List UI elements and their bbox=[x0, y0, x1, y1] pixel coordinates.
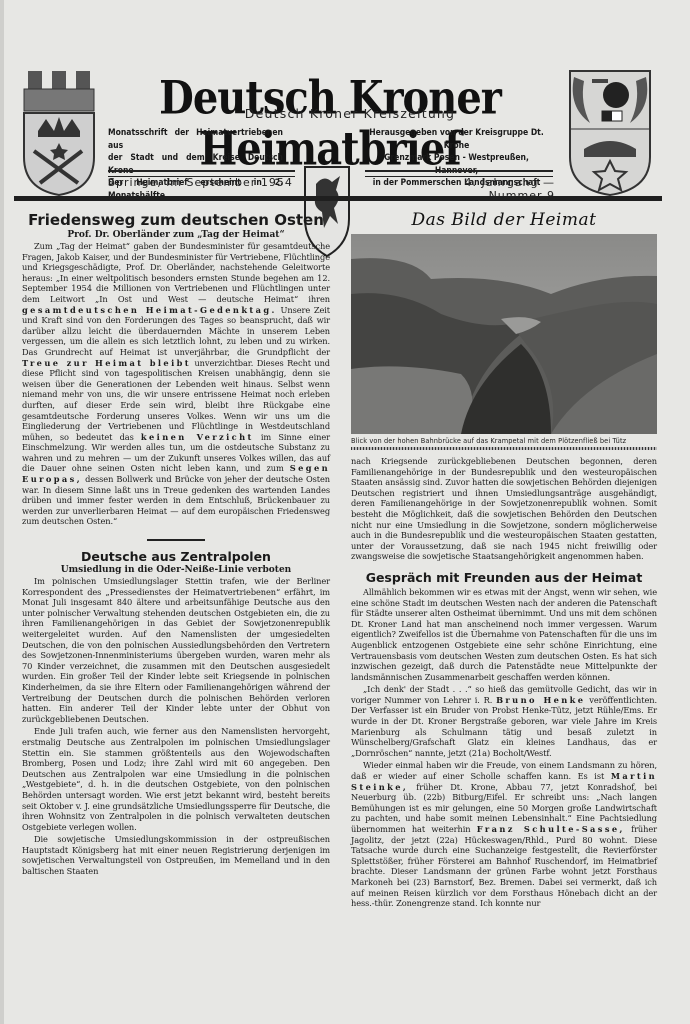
article-paragraph: Im polnischen Umsiedlungslager Stettin t… bbox=[22, 576, 330, 724]
article-friedensweg: Friedensweg zum deutschen Osten Prof. Dr… bbox=[22, 211, 330, 527]
emphasis: gesamtdeutschen Heimat-Gedenktag. bbox=[22, 305, 277, 315]
text: früher Jagolitz, der jetzt (22a) Hückesw… bbox=[351, 824, 657, 908]
headline: Gespräch mit Freunden aus der Heimat bbox=[351, 570, 657, 585]
headline: Deutsche aus Zentralpolen bbox=[22, 549, 330, 564]
page-edge bbox=[0, 0, 4, 1024]
article-paragraph: Zum „Tag der Heimat“ gaben der Bundesmin… bbox=[22, 241, 330, 527]
text: Zum „Tag der Heimat“ gaben der Bundesmin… bbox=[22, 241, 330, 304]
subheadline: Prof. Dr. Oberländer zum „Tag der Heimat… bbox=[22, 230, 330, 240]
picture-title: Das Bild der Heimat bbox=[351, 210, 657, 230]
emphasis: Bruno Henke bbox=[496, 695, 585, 705]
subheadline: Umsiedlung in die Oder-Neiße-Linie verbo… bbox=[22, 565, 330, 575]
article-paragraph: „Ich denk' der Stadt . . .“ so hieß das … bbox=[351, 684, 657, 758]
coat-of-arms-left-icon bbox=[20, 67, 98, 197]
right-column: Das Bild der Heimat Blick von der hohen … bbox=[351, 205, 657, 909]
caption-rule bbox=[351, 447, 657, 450]
article-paragraph: Die sowjetische Umsiedlungskommission in… bbox=[22, 834, 330, 876]
article-paragraph-continued: nach Kriegsende zurückgebliebenen Deutsc… bbox=[351, 456, 657, 562]
picture-section: Das Bild der Heimat Blick von der hohen … bbox=[351, 210, 657, 450]
blurb-line: Monatsschrift der Heimatvertriebenen aus bbox=[108, 127, 283, 152]
emphasis: Treue zur Heimat bleibt bbox=[22, 358, 191, 368]
left-column: Friedensweg zum deutschen Osten Prof. Dr… bbox=[22, 205, 330, 877]
newspaper-page: Deutsch Kroner Heimatbrief Deutsch Krone… bbox=[0, 0, 690, 1024]
masthead-bottom-rule bbox=[14, 196, 662, 201]
article-gespraech: Gespräch mit Freunden aus der Heimat All… bbox=[351, 570, 657, 909]
emphasis: Franz Schulte-Sasse, bbox=[477, 824, 625, 834]
photo-caption: Blick von der hohen Bahnbrücke auf das K… bbox=[351, 437, 657, 445]
text: unverzichtbar. Dieses Recht und diese Pf… bbox=[22, 358, 330, 442]
newspaper-subtitle: Deutsch Kroner Kreiszeitung bbox=[200, 106, 500, 121]
dateline: Springe, im September 1954 bbox=[108, 176, 293, 189]
blurb-line: Herausgegeben von der Kreisgruppe Dt. Kr… bbox=[364, 127, 549, 152]
landscape-photo bbox=[351, 234, 657, 434]
masthead-blurb-left: Monatsschrift der Heimatvertriebenen aus… bbox=[108, 127, 283, 202]
article-zentralpolen: Deutsche aus Zentralpolen Umsiedlung in … bbox=[22, 549, 330, 877]
article-paragraph: Allmählich bekommen wir es etwas mit der… bbox=[351, 587, 657, 682]
emphasis: keinen Verzicht bbox=[141, 432, 254, 442]
article-paragraph: Ende Juli trafen auch, wie ferner aus de… bbox=[22, 726, 330, 832]
coat-of-arms-right-icon bbox=[566, 67, 654, 197]
article-separator bbox=[147, 539, 205, 541]
article-paragraph: Wieder einmal haben wir die Freude, von … bbox=[351, 760, 657, 908]
headline: Friedensweg zum deutschen Osten bbox=[22, 211, 330, 229]
